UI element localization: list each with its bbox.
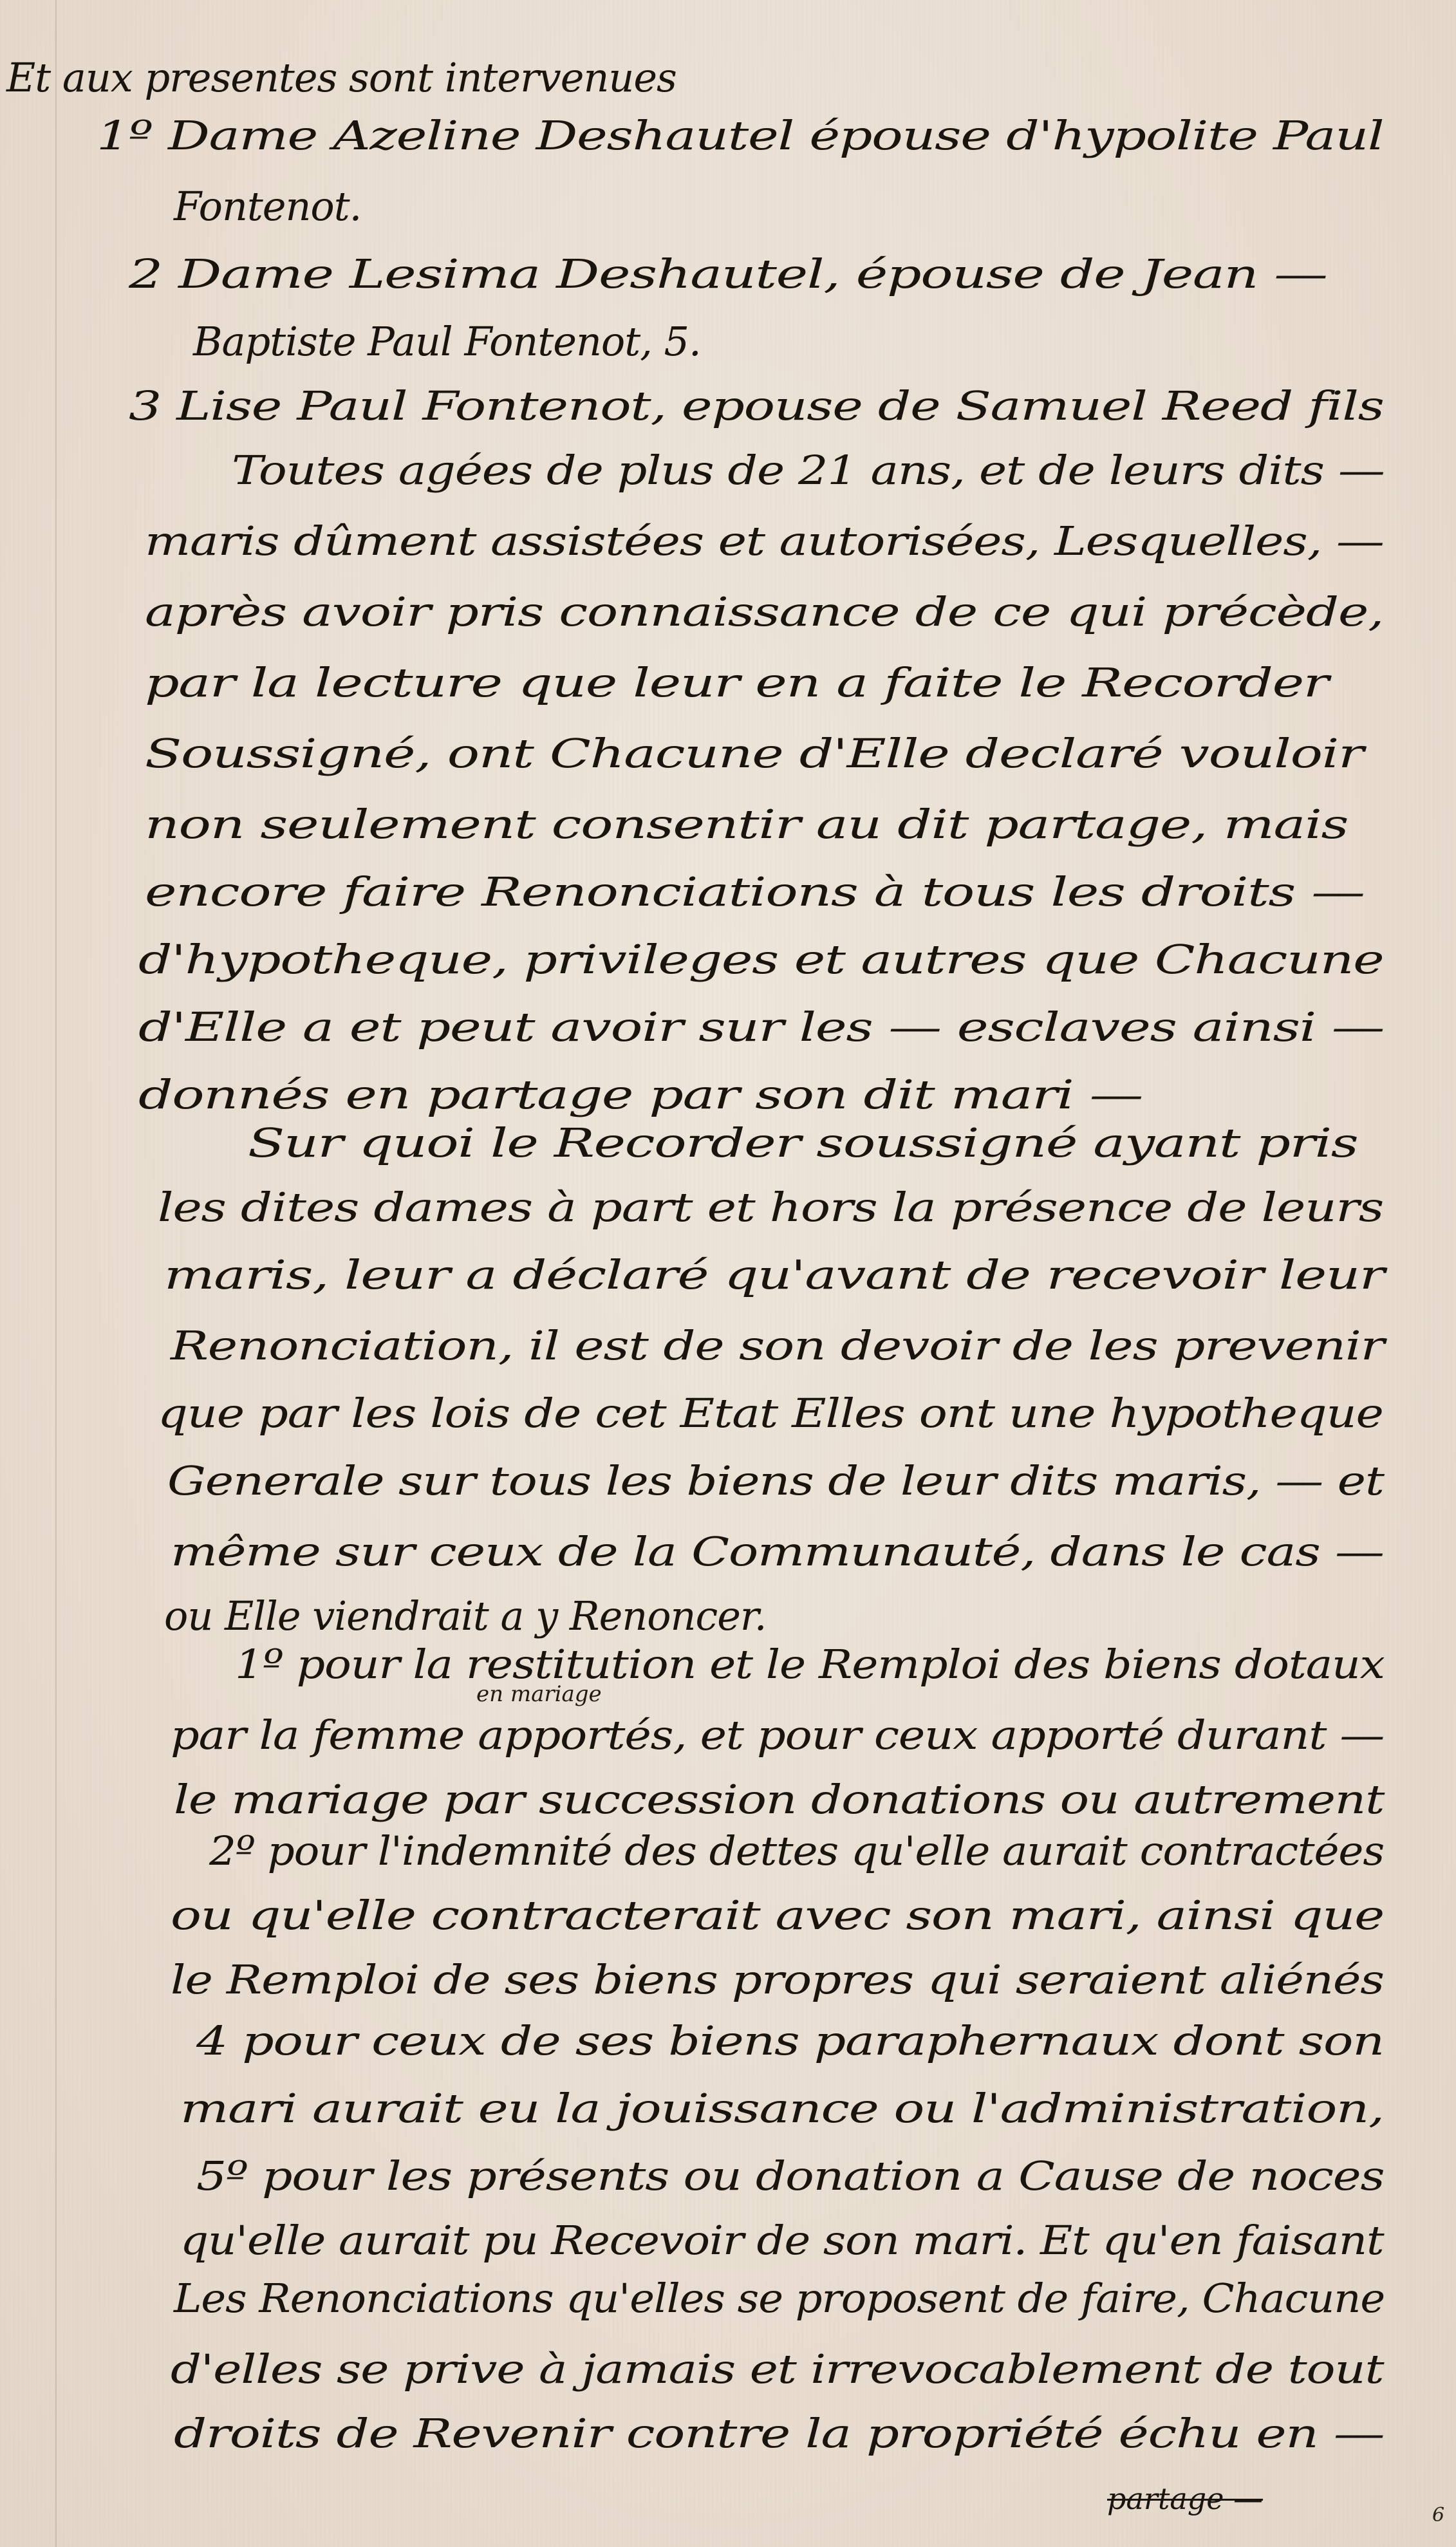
manuscript-line: 1º pour la restitution et le Remploi des…: [235, 1645, 1385, 1684]
manuscript-line: qu'elle aurait pu Recevoir de son mari. …: [180, 2221, 1384, 2261]
manuscript-line: 5º pour les présents ou donation a Cause…: [196, 2156, 1384, 2196]
manuscript-line: d'elles se prive à jamais et irrevocable…: [171, 2349, 1383, 2389]
manuscript-line: Sur quoi le Recorder soussigné ayant pri…: [248, 1123, 1358, 1163]
manuscript-line: mari aurait eu la jouissance ou l'admini…: [180, 2089, 1384, 2129]
manuscript-line: Soussigné, ont Chacune d'Elle declaré vo…: [145, 734, 1363, 774]
manuscript-line: encore faire Renonciations à tous les dr…: [145, 872, 1365, 912]
manuscript-line: donnés en partage par son dit mari —: [138, 1075, 1143, 1115]
manuscript-line: Renonciation, il est de son devoir de le…: [171, 1326, 1384, 1366]
manuscript-line: droits de Revenir contre la propriété éc…: [174, 2414, 1384, 2454]
manuscript-line: 2 Dame Lesima Deshautel, épouse de Jean …: [129, 254, 1327, 294]
manuscript-line: le mariage par succession donations ou a…: [174, 1780, 1384, 1820]
manuscript-line: Fontenot.: [174, 187, 361, 227]
manuscript-line: par la femme apportés, et pour ceux appo…: [171, 1715, 1384, 1755]
manuscript-line: Baptiste Paul Fontenot, 5.: [193, 322, 701, 362]
left-margin-rule: [55, 0, 57, 2547]
manuscript-line: par la lecture que leur en a faite le Re…: [145, 663, 1328, 703]
manuscript-line: d'Elle a et peut avoir sur les — esclave…: [138, 1007, 1384, 1047]
catchword: partage —: [1107, 2481, 1263, 2516]
manuscript-line: ou qu'elle contracterait avec son mari, …: [171, 1896, 1384, 1936]
manuscript-line: après avoir pris connaissance de ce qui …: [145, 592, 1383, 632]
manuscript-line: Les Renonciations qu'elles se proposent …: [174, 2279, 1385, 2318]
manuscript-line: même sur ceux de la Communauté, dans le …: [171, 1532, 1384, 1572]
manuscript-line: 2º pour l'indemnité des dettes qu'elle a…: [209, 1831, 1384, 1871]
manuscript-line: maris, leur a déclaré qu'avant de recevo…: [164, 1255, 1384, 1295]
manuscript-line: que par les lois de cet Etat Elles ont u…: [158, 1394, 1383, 1433]
manuscript-line: le Remploi de ses biens propres qui sera…: [171, 1960, 1384, 2000]
manuscript-line: ou Elle viendrait a y Renoncer.: [164, 1596, 766, 1636]
manuscript-line: Generale sur tous les biens de leur dits…: [167, 1461, 1384, 1501]
manuscript-line: 4 pour ceux de ses biens paraphernaux do…: [196, 2021, 1384, 2061]
manuscript-line: non seulement consentir au dit partage, …: [145, 805, 1348, 844]
manuscript-line: 1º Dame Azeline Deshautel épouse d'hypol…: [97, 116, 1383, 156]
manuscript-line: d'hypotheque, privileges et autres que C…: [138, 940, 1383, 980]
manuscript-line: 3 Lise Paul Fontenot, epouse de Samuel R…: [129, 386, 1384, 426]
manuscript-line: maris dûment assistées et autorisées, Le…: [145, 521, 1384, 561]
page-number-mark: 6: [1432, 2504, 1444, 2526]
manuscript-line: les dites dames à part et hors la présen…: [158, 1188, 1383, 1227]
interlinear-insertion: en mariage: [476, 1683, 602, 1705]
manuscript-page: Et aux presentes sont intervenues1º Dame…: [0, 0, 1456, 2547]
manuscript-line: Toutes agées de plus de 21 ans, et de le…: [232, 451, 1385, 490]
manuscript-line: Et aux presentes sont intervenues: [6, 58, 677, 98]
